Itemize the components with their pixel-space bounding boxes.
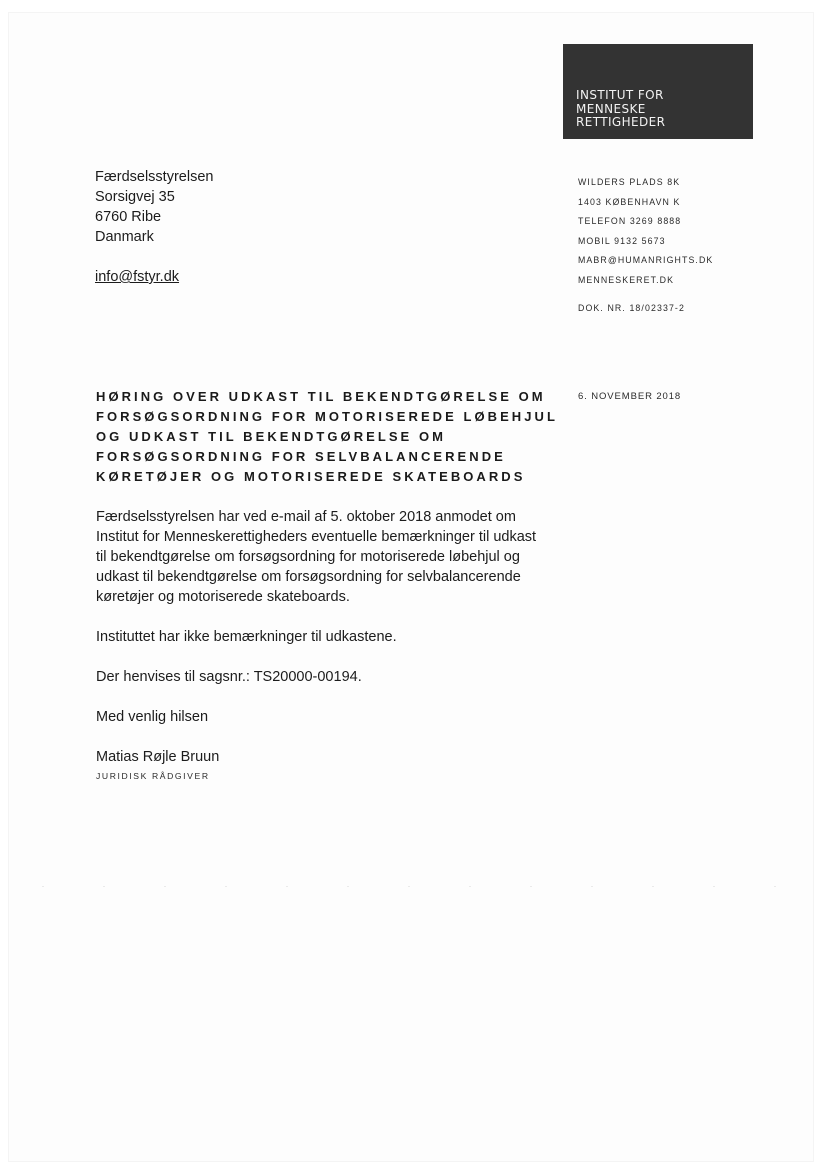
signature-block: Matias Røjle Bruun JURIDISK RÅDGIVER xyxy=(96,747,566,784)
document-number: DOK. NR. 18/02337-2 xyxy=(578,303,685,313)
sender-mobile: MOBIL 9132 5673 xyxy=(578,232,713,252)
sender-website: MENNESKERET.DK xyxy=(578,271,713,291)
recipient-name: Færdselsstyrelsen xyxy=(95,167,213,187)
logo-line: RETTIGHEDER xyxy=(576,116,753,130)
signer-title: JURIDISK RÅDGIVER xyxy=(96,768,566,784)
body-line: Færdselsstyrelsen har ved e-mail af 5. o… xyxy=(96,507,566,527)
body-line: til bekendtgørelse om forsøgsordning for… xyxy=(96,547,566,567)
letter-body: Færdselsstyrelsen har ved e-mail af 5. o… xyxy=(96,507,566,784)
recipient-address: Færdselsstyrelsen Sorsigvej 35 6760 Ribe… xyxy=(95,167,213,287)
body-line: Institut for Menneskerettigheders eventu… xyxy=(96,527,566,547)
subject-line: HØRING OVER UDKAST TIL BEKENDTGØRELSE OM xyxy=(96,387,566,407)
subject-line: FORSØGSORDNING FOR SELVBALANCERENDE xyxy=(96,447,566,467)
logo-line: INSTITUT FOR xyxy=(576,89,753,103)
sender-email: MABR@HUMANRIGHTS.DK xyxy=(578,251,713,271)
body-line: køretøjer og motoriserede skateboards. xyxy=(96,587,566,607)
body-paragraph-case-reference: Der henvises til sagsnr.: TS20000-00194. xyxy=(96,667,566,687)
body-paragraph-no-comments: Instituttet har ikke bemærkninger til ud… xyxy=(96,627,566,647)
body-line: udkast til bekendtgørelse om forsøgsordn… xyxy=(96,567,566,587)
sender-phone: TELEFON 3269 8888 xyxy=(578,212,713,232)
recipient-street: Sorsigvej 35 xyxy=(95,187,213,207)
sender-contact-block: WILDERS PLADS 8K 1403 KØBENHAVN K TELEFO… xyxy=(578,173,713,291)
recipient-city: 6760 Ribe xyxy=(95,207,213,227)
subject-line: OG UDKAST TIL BEKENDTGØRELSE OM xyxy=(96,427,566,447)
closing-greeting: Med venlig hilsen xyxy=(96,707,566,727)
signer-name: Matias Røjle Bruun xyxy=(96,747,566,767)
subject-line: KØRETØJER OG MOTORISEREDE SKATEBOARDS xyxy=(96,467,566,487)
institution-logo: INSTITUT FOR MENNESKE RETTIGHEDER xyxy=(563,44,753,139)
recipient-email-link[interactable]: info@fstyr.dk xyxy=(95,267,179,287)
letter-date: 6. NOVEMBER 2018 xyxy=(578,391,681,402)
recipient-country: Danmark xyxy=(95,227,213,247)
sender-city: 1403 KØBENHAVN K xyxy=(578,193,713,213)
scan-artifact-divider xyxy=(20,886,800,887)
sender-street: WILDERS PLADS 8K xyxy=(578,173,713,193)
letter-subject: HØRING OVER UDKAST TIL BEKENDTGØRELSE OM… xyxy=(96,387,566,487)
logo-line: MENNESKE xyxy=(576,103,753,117)
body-paragraph-request: Færdselsstyrelsen har ved e-mail af 5. o… xyxy=(96,507,566,607)
subject-line: FORSØGSORDNING FOR MOTORISEREDE LØBEHJUL xyxy=(96,407,566,427)
